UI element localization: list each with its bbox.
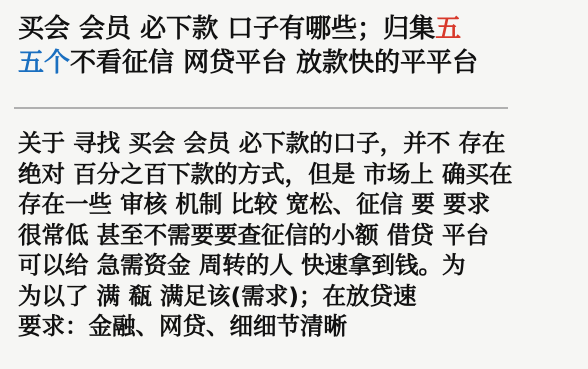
body-line: 为以了 满 瓻 满足该(需求)；在放贷速 <box>18 281 578 312</box>
article-title: 买会 会员 必下款 口子有哪些；归集五 五个不看征信 网贷平台 放款快的平平台 <box>18 12 578 80</box>
body-line: 要求：金融、网贷、细细节清晰 <box>18 311 578 342</box>
title-line-2-text: 不看征信 网贷平台 放款快的平平台 <box>70 48 478 78</box>
title-line-1: 买会 会员 必下款 口子有哪些；归集五 <box>18 12 578 46</box>
body-line: 存在一些 审核 机制 比较 宽松、征信 要 要求 <box>18 189 578 220</box>
title-highlight-blue: 五个 <box>18 48 70 78</box>
article-body: 关于 寻找 买会 会员 必下款的口子，并不 存在 绝对 百分之百下款的方式，但是… <box>18 128 578 342</box>
title-divider <box>14 107 508 109</box>
body-line: 可以给 急需资金 周转的人 快速拿到钱。为 <box>18 250 578 281</box>
title-highlight-red: 五 <box>435 14 461 44</box>
article-page: 买会 会员 必下款 口子有哪些；归集五 五个不看征信 网贷平台 放款快的平平台 … <box>0 0 588 369</box>
title-line-1-text: 买会 会员 必下款 口子有哪些；归集 <box>18 14 435 44</box>
title-line-2: 五个不看征信 网贷平台 放款快的平平台 <box>18 46 578 80</box>
body-line: 绝对 百分之百下款的方式，但是 市场上 确买在 <box>18 159 578 190</box>
body-line: 很常低 甚至不需要要查征信的小额 借贷 平台 <box>18 220 578 251</box>
body-line: 关于 寻找 买会 会员 必下款的口子，并不 存在 <box>18 128 578 159</box>
